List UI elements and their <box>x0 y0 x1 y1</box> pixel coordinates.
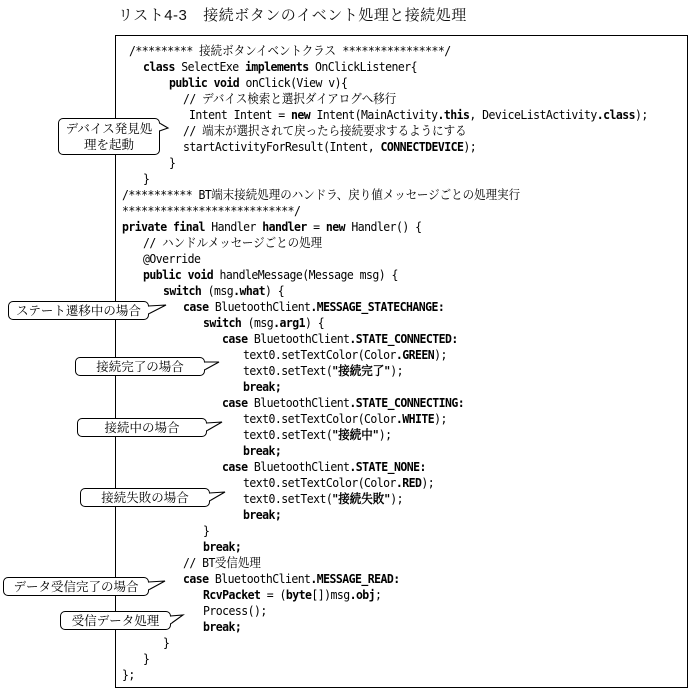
code-text: OnClickListener{ <box>309 59 417 74</box>
code-line: switch (msg.what) { <box>163 283 284 299</box>
code-text: }; <box>122 667 135 682</box>
code-line: ***************************/ <box>122 203 300 219</box>
code-line: case BluetoothClient.STATE_NONE: <box>222 459 426 475</box>
code-text: text0.setTextColor(Color <box>243 411 396 426</box>
code-line: startActivityForResult(Intent, CONNECTDE… <box>183 139 476 155</box>
code-keyword: switch <box>163 283 201 298</box>
code-text: ); <box>434 347 447 362</box>
code-keyword: break; <box>243 443 281 458</box>
code-line: } <box>169 155 175 171</box>
code-keyword: handler <box>262 219 307 234</box>
callout-text: デバイス発見処 <box>59 121 159 137</box>
code-text: ); <box>421 475 434 490</box>
code-keyword: public void <box>143 267 213 282</box>
code-text: onClick(View v){ <box>239 75 347 90</box>
code-line: @Override <box>143 251 200 267</box>
code-keyword: implements <box>245 59 309 74</box>
code-line: break; <box>243 379 281 395</box>
code-text: Handler <box>205 219 262 234</box>
code-text: handleMessage(Message msg) { <box>213 267 398 282</box>
code-text: // BT <box>183 555 215 570</box>
code-keyword: .MESSAGE_READ: <box>310 571 399 586</box>
callout-pointer-icon <box>80 488 81 489</box>
callout-pointer-icon <box>77 418 78 419</box>
code-line: /********* 接続ボタンイベントクラス ****************… <box>129 43 451 59</box>
code-text: [])msg <box>311 587 349 602</box>
code-text: startActivityForResult(Intent, <box>183 139 381 154</box>
code-text: ); <box>434 411 447 426</box>
code-text: Process(); <box>203 603 267 618</box>
code-text: SelectExe <box>175 59 245 74</box>
code-keyword: private final <box>122 219 205 234</box>
code-text: (msg <box>201 283 233 298</box>
code-text: text0.setText( <box>243 427 332 442</box>
code-line: public void onClick(View v){ <box>169 75 347 91</box>
callout-text: 接続失敗の場合 <box>81 490 209 506</box>
code-line: text0.setTextColor(Color.GREEN); <box>243 347 447 363</box>
code-text: Handler() { <box>345 219 421 234</box>
code-keyword: "接続失敗" <box>332 491 390 506</box>
code-text: デバイス検索と選択ダイアログへ移行 <box>202 91 396 106</box>
code-line: case BluetoothClient.MESSAGE_READ: <box>183 571 400 587</box>
callout-text: 受信データ処理 <box>61 613 170 629</box>
callout-bubble: 接続失敗の場合 <box>80 488 210 507</box>
code-keyword: case <box>222 331 247 346</box>
code-text: // <box>143 235 162 250</box>
code-text: (msg <box>241 315 273 330</box>
code-line: break; <box>243 443 281 459</box>
code-text: Intent(MainActivity <box>310 107 437 122</box>
code-text: 接続ボタンイベントクラス <box>199 43 336 58</box>
code-line: Intent Intent = new Intent(MainActivity.… <box>189 107 648 123</box>
code-keyword: new <box>326 219 345 234</box>
code-text: /********** BT <box>122 187 211 202</box>
code-line: RcvPacket = (byte[])msg.obj; <box>203 587 381 603</box>
code-keyword: switch <box>203 315 241 330</box>
code-line: case BluetoothClient.STATE_CONNECTED: <box>222 331 458 347</box>
callout-text: データ受信完了の場合 <box>4 579 148 595</box>
callout-bubble: データ受信完了の場合 <box>3 577 149 596</box>
code-text: text0.setTextColor(Color <box>243 475 396 490</box>
callout-bubble: 接続中の場合 <box>77 418 207 437</box>
code-text: BluetoothClient <box>208 571 310 586</box>
code-line: } <box>203 523 209 539</box>
code-text: = ( <box>260 587 285 602</box>
code-keyword: CONNECTDEVICE <box>381 139 464 154</box>
code-keyword: class <box>143 59 175 74</box>
code-line: break; <box>203 539 241 555</box>
code-text: BluetoothClient <box>208 299 310 314</box>
code-keyword: .this <box>438 107 470 122</box>
code-line: public void handleMessage(Message msg) { <box>143 267 398 283</box>
code-text: ; <box>375 587 381 602</box>
code-text: ハンドルメッセージごとの処理 <box>162 235 322 250</box>
code-line: switch (msg.arg1) { <box>203 315 324 331</box>
code-line: text0.setTextColor(Color.WHITE); <box>243 411 447 427</box>
code-keyword: .STATE_CONNECTING: <box>349 395 464 410</box>
code-line: private final Handler handler = new Hand… <box>122 219 422 235</box>
code-text: BluetoothClient <box>247 459 349 474</box>
code-line: Process(); <box>203 603 267 619</box>
code-keyword: .class <box>597 107 635 122</box>
code-text: text0.setText( <box>243 363 332 378</box>
code-line: text0.setText("接続失敗"); <box>243 491 403 507</box>
code-text: 受信処理 <box>215 555 261 570</box>
code-keyword: "接続完了" <box>332 363 390 378</box>
callout-pointer-icon <box>60 611 61 612</box>
code-text: text0.setText( <box>243 491 332 506</box>
code-keyword: break; <box>203 539 241 554</box>
code-text: ); <box>635 107 648 122</box>
code-line: // 端末が選択されて戻ったら接続要求するようにする <box>183 123 467 139</box>
code-line: break; <box>243 507 281 523</box>
callout-pointer-icon <box>8 301 9 302</box>
code-text: ) { <box>305 315 324 330</box>
code-keyword: .RED <box>396 475 421 490</box>
code-keyword: byte <box>286 587 311 602</box>
code-keyword: "接続中" <box>332 427 378 442</box>
code-text: ) { <box>265 283 284 298</box>
code-text: ***************************/ <box>122 203 300 218</box>
code-keyword: break; <box>203 619 241 634</box>
code-line: text0.setText("接続完了"); <box>243 363 403 379</box>
callout-text: 接続完了の場合 <box>76 359 204 375</box>
callout-text: 理を起動 <box>59 137 159 153</box>
callout-pointer-icon <box>75 357 76 358</box>
code-line: // ハンドルメッセージごとの処理 <box>143 235 322 251</box>
code-text: BluetoothClient <box>247 395 349 410</box>
code-text: } <box>163 635 169 650</box>
code-keyword: new <box>291 107 310 122</box>
code-line: case BluetoothClient.MESSAGE_STATECHANGE… <box>183 299 444 315</box>
code-text: // <box>183 123 202 138</box>
code-keyword: case <box>183 571 208 586</box>
code-text: 端末が選択されて戻ったら接続要求するようにする <box>202 123 467 138</box>
code-line: } <box>143 651 149 667</box>
callout-bubble: ステート遷移中の場合 <box>8 301 149 320</box>
code-text: // <box>183 91 202 106</box>
code-text: } <box>169 155 175 170</box>
code-keyword: case <box>222 459 247 474</box>
code-text: text0.setTextColor(Color <box>243 347 396 362</box>
code-text: @Override <box>143 251 200 266</box>
code-text: ); <box>379 427 392 442</box>
code-text: BluetoothClient <box>247 331 349 346</box>
callout-pointer-icon <box>58 118 59 119</box>
code-line: }; <box>122 667 135 683</box>
code-keyword: .what <box>233 283 265 298</box>
code-keyword: case <box>183 299 208 314</box>
code-keyword: RcvPacket <box>203 587 260 602</box>
code-line: text0.setText("接続中"); <box>243 427 391 443</box>
callout-bubble: デバイス発見処理を起動 <box>58 118 160 155</box>
callout-bubble: 受信データ処理 <box>60 611 171 630</box>
code-text: } <box>143 651 149 666</box>
code-text: = <box>307 219 326 234</box>
code-keyword: break; <box>243 507 281 522</box>
code-text: ); <box>390 491 403 506</box>
code-line: // デバイス検索と選択ダイアログへ移行 <box>183 91 396 107</box>
code-keyword: .obj <box>350 587 375 602</box>
code-keyword: public void <box>169 75 239 90</box>
code-text: /********* <box>129 43 199 58</box>
callout-pointer-icon <box>3 577 4 578</box>
callout-text: 接続中の場合 <box>78 420 206 436</box>
code-line: break; <box>203 619 241 635</box>
callout-text: ステート遷移中の場合 <box>9 303 148 319</box>
listing-title-prefix: リスト <box>118 6 164 24</box>
code-line: text0.setTextColor(Color.RED); <box>243 475 434 491</box>
code-text: , DeviceListActivity <box>469 107 596 122</box>
listing-title-text: 接続ボタンのイベント処理と接続処理 <box>203 6 467 24</box>
code-keyword: .arg1 <box>273 315 305 330</box>
code-line: } <box>143 171 149 187</box>
code-line: // BT受信処理 <box>183 555 261 571</box>
listing-title: リスト4-3 接続ボタンのイベント処理と接続処理 <box>118 4 467 27</box>
code-line: class SelectExe implements OnClickListen… <box>143 59 417 75</box>
code-text: } <box>143 171 149 186</box>
callout-bubble: 接続完了の場合 <box>75 357 205 376</box>
code-text: ); <box>463 139 476 154</box>
code-keyword: .STATE_CONNECTED: <box>349 331 457 346</box>
code-keyword: case <box>222 395 247 410</box>
code-keyword: .STATE_NONE: <box>349 459 425 474</box>
code-text: ); <box>390 363 403 378</box>
code-keyword: .MESSAGE_STATECHANGE: <box>310 299 444 314</box>
listing-number: 4-3 <box>164 7 187 24</box>
code-line: } <box>163 635 169 651</box>
code-keyword: break; <box>243 379 281 394</box>
code-text: Intent Intent = <box>189 107 291 122</box>
code-text: 端末接続処理のハンドラ、戻り値メッセージごとの処理実行 <box>211 187 520 202</box>
code-line: /********** BT端末接続処理のハンドラ、戻り値メッセージごとの処理実… <box>122 187 520 203</box>
code-keyword: .GREEN <box>396 347 434 362</box>
code-keyword: .WHITE <box>396 411 434 426</box>
code-text: ****************/ <box>336 43 451 58</box>
code-line: case BluetoothClient.STATE_CONNECTING: <box>222 395 464 411</box>
code-text: } <box>203 523 209 538</box>
